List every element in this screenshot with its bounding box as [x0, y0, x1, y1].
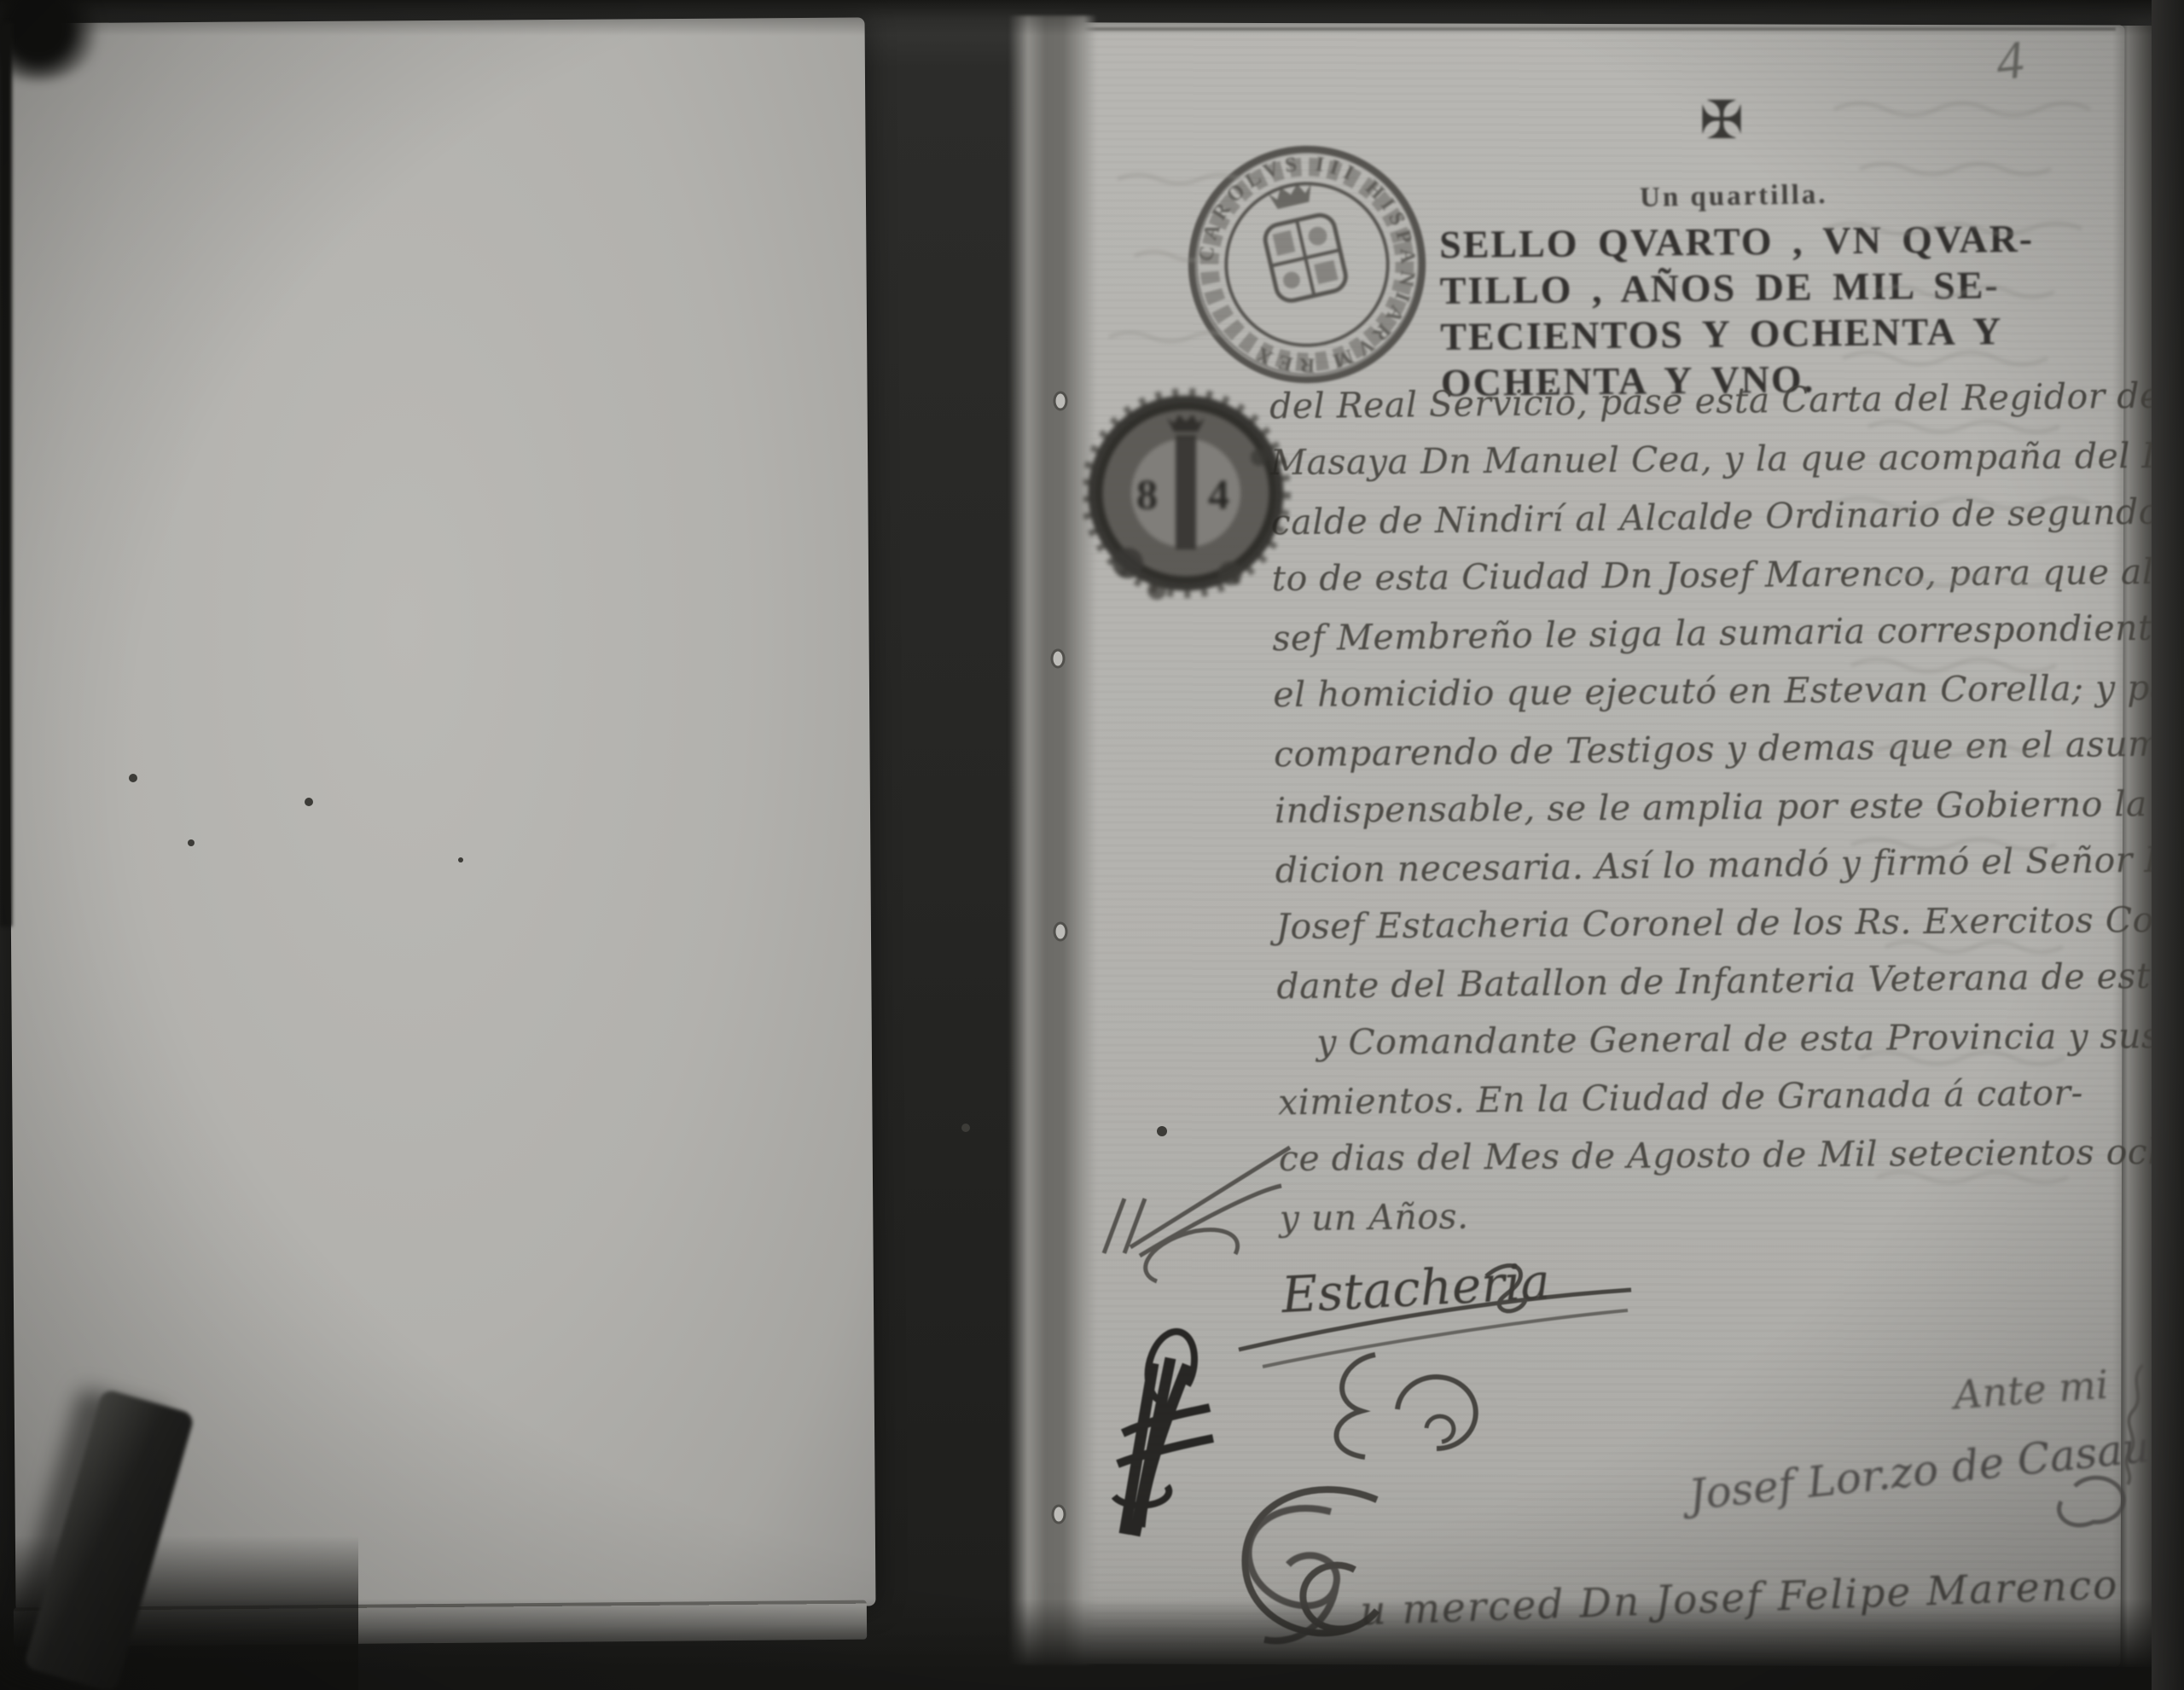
stamp-digit-right: 4 [1208, 470, 1229, 518]
seal-legend: CAROLVS III HISPANIARVM REX [1176, 130, 1442, 399]
manuscript-line: indispensable, se le amplia por este Gob… [1275, 783, 2169, 848]
manuscript-line: del Real Servicio, pase esta Carta del R… [1269, 375, 2164, 444]
book-spine-gutter [1008, 15, 1097, 1665]
manuscript-body-text: del Real Servicio, pase esta Carta del R… [1269, 375, 2174, 1257]
manuscript-line: sef Membreño le siga la sumaria correspo… [1272, 607, 2167, 677]
printed-sello-line: TILLO , AÑOS DE MIL SE- [1439, 261, 2106, 314]
manuscript-line: to de esta Ciudad Dn Josef Marenco, para… [1271, 551, 2166, 616]
manuscript-photo: 4 ✠ Un quartilla. SELLO QVARTO , VN QVAR… [0, 0, 2184, 1690]
manuscript-line: el homicidio que ejecutó en Estevan Core… [1273, 667, 2168, 732]
manuscript-line: dante del Batallon de Infanteria Veteran… [1276, 955, 2171, 1025]
manuscript-line: calde de Nindirí al Alcalde Ordinario de… [1270, 491, 2165, 560]
printed-sello-line: TECIENTOS Y OCHENTA Y [1440, 307, 2106, 360]
manuscript-line: ximientos. En la Ciudad de Granada á cat… [1278, 1071, 2173, 1141]
manuscript-line: y un Años. [1279, 1188, 2174, 1257]
cross-icon: ✠ [1699, 89, 1744, 151]
manuscript-line: Masaya Dn Manuel Cea, y la que acompaña … [1270, 435, 2165, 500]
left-blank-page [5, 18, 876, 1612]
printed-sello-line: SELLO QVARTO , VN QVAR- [1439, 215, 2106, 268]
manuscript-line: dicion necesaria. Así lo mandó y firmó e… [1275, 839, 2169, 909]
photo-right-edge [2152, 0, 2184, 1690]
photo-left-edge [0, 22, 12, 926]
manuscript-line: y Comandante General de esta Provincia y… [1277, 1015, 2172, 1080]
photo-top-shadow [0, 0, 2184, 36]
manuscript-line: Josef Estacheria Coronel de los Rs. Exer… [1275, 899, 2170, 964]
tax-note: Un quartilla. [1640, 179, 1828, 214]
stamp-digit-left: 8 [1136, 470, 1158, 518]
manuscript-line: comparendo de Testigos y demas que en el… [1274, 723, 2169, 793]
svg-text:CAROLVS III HISPANIARVM REX: CAROLVS III HISPANIARVM REX [1176, 130, 1442, 399]
stamp-pillar [1176, 435, 1196, 549]
manuscript-line: ce dias del Mes de Agosto de Mil setecie… [1279, 1131, 2174, 1196]
habilitacion-stamp: 8 4 [1083, 379, 1293, 614]
